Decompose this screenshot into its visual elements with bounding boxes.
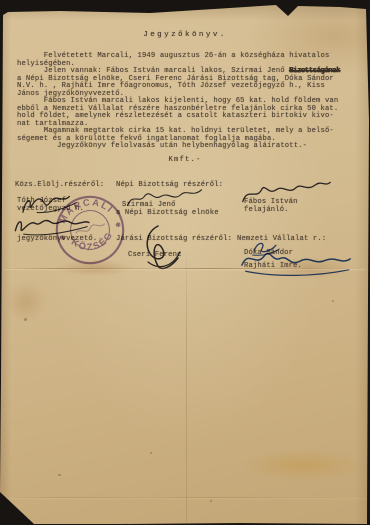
struck-out-word: Bizottságának [289, 67, 340, 75]
body-line: Felvétetett Marcali, 1949 augusztus 26-á… [17, 52, 329, 60]
sig-header-council: Közs.Elölj.részéről: [15, 181, 104, 189]
vertical-fold-crease [186, 255, 187, 522]
body-line: Jelen vannak: Fábos István marcali lakos… [17, 67, 340, 75]
body-line-text: Jelen vannak: Fábos István marcali lakos… [17, 67, 289, 75]
stamp-star-right: ✱ [115, 222, 122, 230]
signature-cseri-ferenc [128, 222, 186, 274]
body-line: Jegyzőkönyv felolvasás után helybenhagyó… [17, 142, 307, 150]
marcali-village-stamp: MARCALI KÖZSÉG ✱ ✱ [47, 187, 133, 273]
paper-sheet: Jegyzőkönyv. Felvétetett Marcali, 1949 a… [0, 0, 370, 525]
body-line: hold földet, amelynek részletezését a cs… [17, 112, 334, 120]
stain-speck [58, 474, 61, 476]
typed-role-fabos: felajánló. [244, 206, 289, 214]
body-line: Fábos István marcali lakos kijelenti, ho… [17, 97, 338, 105]
horizontal-fold-crease-lower [4, 497, 366, 498]
stain-speck [332, 300, 334, 302]
photo-of-document: Jegyzőkönyv. Felvétetett Marcali, 1949 a… [0, 0, 370, 525]
kmft-closing: Kmft.- [0, 156, 370, 164]
typed-role-szirmai: a Népi Bizottság elnöke [116, 209, 219, 217]
stamp-arc-bottom-text: KÖZSÉG [68, 228, 117, 257]
body-line: N.V. h. , Rajháti Imre főagronomus, Tóth… [17, 82, 325, 90]
stain-speck [210, 500, 212, 502]
document-title: Jegyzőkönyv. [0, 31, 370, 39]
stain-speck [150, 452, 152, 454]
body-line: Magamnak megtartok cirka 15 kat. holdnyi… [17, 127, 334, 135]
horizontal-fold-crease [4, 268, 366, 269]
stamp-star-left: ✱ [60, 234, 67, 242]
stamp-center-script [75, 222, 105, 233]
stain-speck [24, 318, 27, 321]
signature-rajhati-imre [235, 245, 356, 281]
